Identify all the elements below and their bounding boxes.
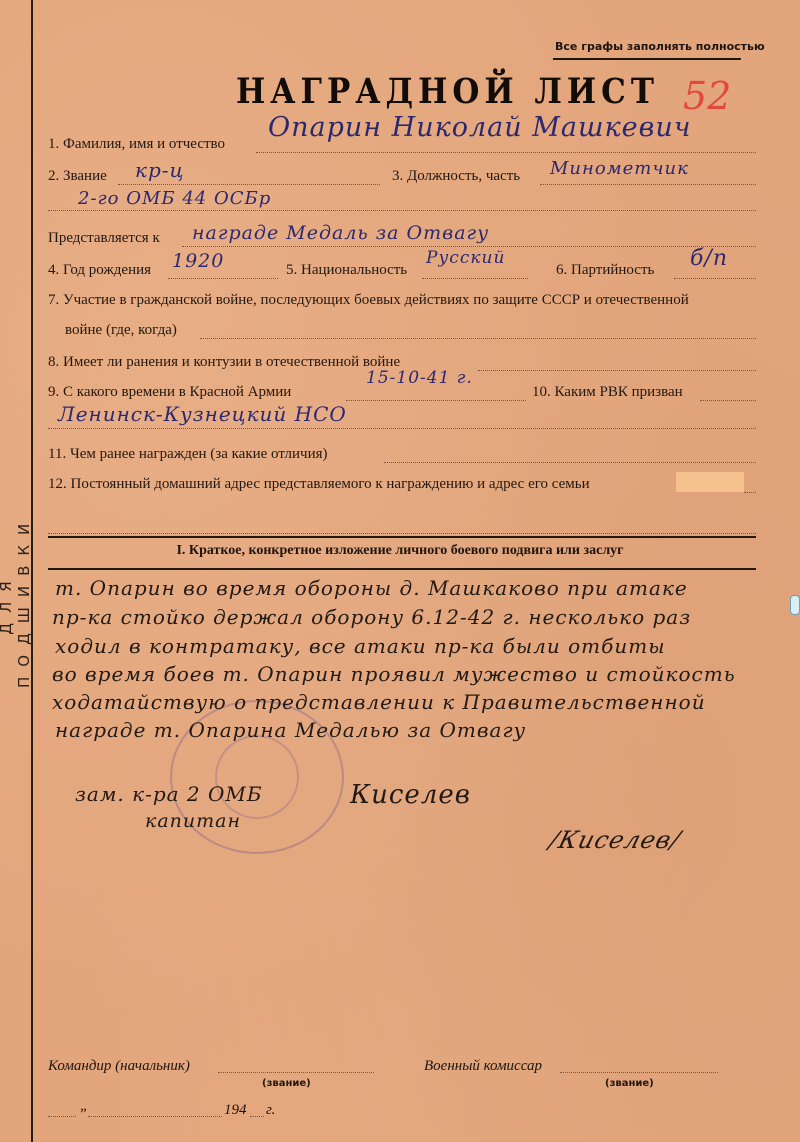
field-birth-year-line [168,278,278,279]
field-rank-label: 2. Звание [48,168,107,185]
narrative-line-3: ходил в контратаку, все атаки пр-ка были… [55,634,665,658]
signature-1: Киселев [350,780,471,810]
field-address-label: 12. Постоянный домашний адрес представля… [48,476,590,493]
signer-rank: капитан [145,810,241,832]
field-birth-year-label: 4. Год рождения [48,262,151,279]
date-suffix: г. [266,1102,275,1119]
commissar-rank-caption: (звание) [605,1078,654,1089]
field-position-line [540,184,756,185]
field-nationality-value: Русский [426,248,505,268]
field-name-label: 1. Фамилия, имя и отчество [48,136,225,153]
date-quote: „ [80,1098,88,1115]
field-rank-line [118,184,380,185]
field-rvk-value: Ленинск-Кузнецкий НСО [58,402,347,426]
unit-line [48,210,756,211]
field-service-since-line [346,400,526,401]
separator-dotted [48,533,756,534]
field-nationality-label: 5. Национальность [286,262,407,279]
stamp-emblem [215,735,299,819]
field-party-line [674,278,756,279]
commander-line [218,1072,374,1073]
commissar-label: Военный комиссар [424,1058,542,1075]
field-wounds-line [478,370,756,371]
instruction-text: Все графы заполнять полностью [555,40,765,53]
commander-rank-caption: (звание) [262,1078,311,1089]
field-service-since-value: 15-10-41 г. [366,368,473,388]
field-rvk-line [700,400,756,401]
field-rank-value: кр-ц [135,158,184,182]
date-day-line [48,1116,76,1117]
field-participation-label-2: войне (где, когда) [65,322,177,339]
date-month-line [88,1116,222,1117]
signer-position: зам. к-ра 2 ОМБ [75,782,263,806]
narrative-line-2: пр-ка стойко держал оборону 6.12-42 г. н… [52,605,691,629]
field-party-value: б/п [690,246,728,271]
field-name-line [256,152,756,153]
field-birth-year-value: 1920 [172,250,224,272]
commissar-line [560,1072,718,1073]
field-service-since-label: 9. С какого времени в Красной Армии [48,384,291,401]
field-name-value: Опарин Николай Машкевич [268,112,692,143]
award-label: Представляется к [48,230,160,247]
document-title: НАГРАДНОЙ ЛИСТ [236,72,659,112]
narrative-line-6: награде т. Опарина Медалью за Отвагу [55,718,526,742]
award-value: награде Медаль за Отвагу [192,222,489,244]
field-previous-awards-line [384,462,756,463]
field-nationality-line [422,278,528,279]
section-rule-bottom [48,568,756,570]
narrative-line-1: т. Опарин во время обороны д. Машкаково … [55,576,688,600]
instruction-underline [553,58,741,60]
section-heading: I. Краткое, конкретное изложение личного… [0,543,800,559]
address-redaction [676,472,744,492]
field-rvk-line-2 [48,428,756,429]
section-rule-top [48,536,756,538]
narrative-line-5: ходатайствую о представлении к Правитель… [52,690,706,714]
unit-value: 2-го ОМБ 44 ОСБр [78,188,271,209]
field-wounds-label: 8. Имеет ли ранения и контузии в отечест… [48,354,400,371]
narrative-line-4: во время боев т. Опарин проявил мужество… [52,662,736,686]
award-line [182,246,756,247]
field-previous-awards-label: 11. Чем ранее награжден (за какие отличи… [48,446,328,463]
paper-clip-mark [790,595,800,615]
field-participation-label-1: 7. Участие в гражданской войне, последую… [48,292,689,309]
date-year-line [250,1116,264,1117]
field-position-label: 3. Должность, часть [392,168,520,185]
field-rvk-label: 10. Каким РВК призван [532,384,683,401]
field-party-label: 6. Партийность [556,262,654,279]
field-participation-line [200,338,756,339]
field-position-value: Минометчик [550,158,689,179]
signature-2: /Киселев/ [546,826,684,854]
commander-label: Командир (начальник) [48,1058,190,1075]
date-year: 194 [224,1102,247,1119]
field-address-line [744,492,756,493]
